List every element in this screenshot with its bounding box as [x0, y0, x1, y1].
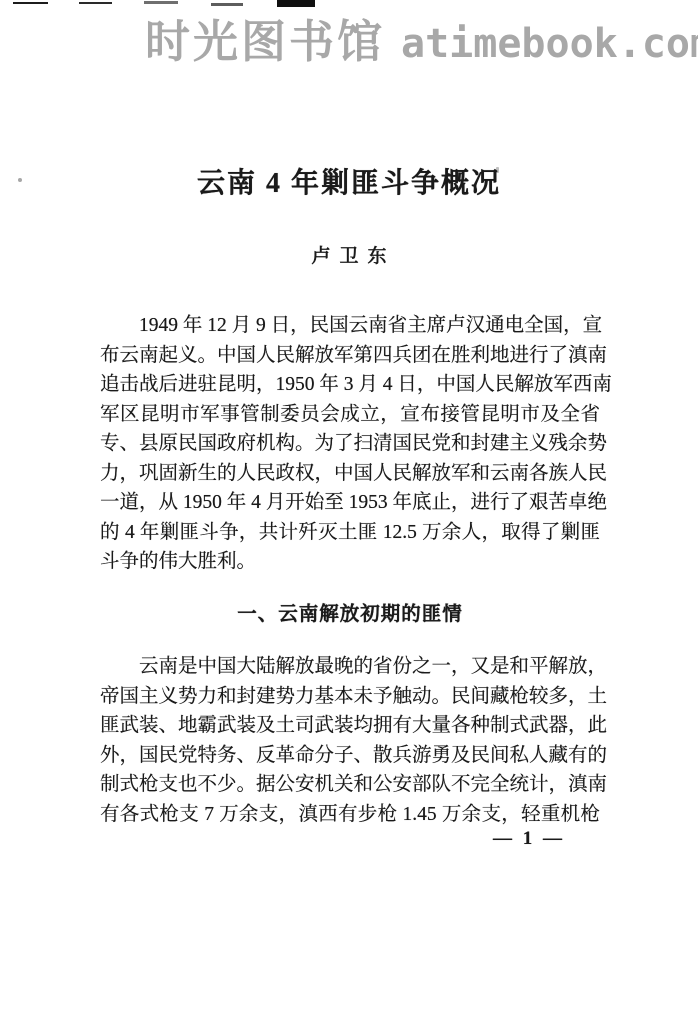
text-line: 追击战后进驻昆明，1950 年 3 月 4 日，中国人民解放军西南	[100, 370, 600, 400]
watermark-en-text: atimebook.com	[401, 21, 698, 67]
text-line: 力，巩固新生的人民政权，中国人民解放军和云南各族人民	[100, 459, 600, 489]
page-number: — 1 —	[493, 828, 565, 850]
page-title: 云南 4 年剿匪斗争概况	[0, 161, 698, 201]
section-heading: 一、云南解放初期的匪情	[100, 598, 600, 626]
text-line: 1949 年 12 月 9 日，民国云南省主席卢汉通电全国，宣	[100, 311, 600, 341]
text-line: 斗争的伟大胜利。	[100, 547, 600, 577]
text-line: 军区昆明市军事管制委员会成立，宣布接管昆明市及全省	[100, 400, 600, 430]
scanned-book-page: 时光图书馆 atimebook.com 云南 4 年剿匪斗争概况 卢卫东 194…	[0, 0, 698, 1024]
text-line: 的 4 年剿匪斗争，共计歼灭土匪 12.5 万余人，取得了剿匪	[100, 518, 600, 548]
scan-artifact-dash	[144, 1, 178, 4]
text-line: 有各式枪支 7 万余支，滇西有步枪 1.45 万余支，轻重机枪	[100, 800, 600, 830]
text-line: 外，国民党特务、反革命分子、散兵游勇及民间私人藏有的	[100, 741, 600, 771]
text-line: 专、县原民国政府机构。为了扫清国民党和封建主义残余势	[100, 429, 600, 459]
text-line: 布云南起义。中国人民解放军第四兵团在胜利地进行了滇南	[100, 341, 600, 371]
text-line: 帝国主义势力和封建势力基本未予触动。民间藏枪较多，土	[100, 682, 600, 712]
watermark: 时光图书馆 atimebook.com	[145, 5, 698, 70]
text-line: 匪武装、地霸武装及土司武装均拥有大量各种制式武器，此	[100, 711, 600, 741]
text-line: 一道，从 1950 年 4 月开始至 1953 年底止，进行了艰苦卓绝	[100, 488, 600, 518]
author-name: 卢卫东	[0, 241, 698, 268]
paragraph-2: 云南是中国大陆解放最晚的省份之一，又是和平解放， 帝国主义势力和封建势力基本未予…	[100, 652, 600, 829]
paragraph-1: 1949 年 12 月 9 日，民国云南省主席卢汉通电全国，宣 布云南起义。中国…	[100, 311, 600, 577]
scan-artifact-dash	[79, 2, 112, 4]
text-line: 制式枪支也不少。据公安机关和公安部队不完全统计，滇南	[100, 770, 600, 800]
text-line: 云南是中国大陆解放最晚的省份之一，又是和平解放，	[100, 652, 600, 682]
watermark-cn-text: 时光图书馆	[145, 5, 385, 70]
scan-artifact-dash	[13, 2, 48, 4]
